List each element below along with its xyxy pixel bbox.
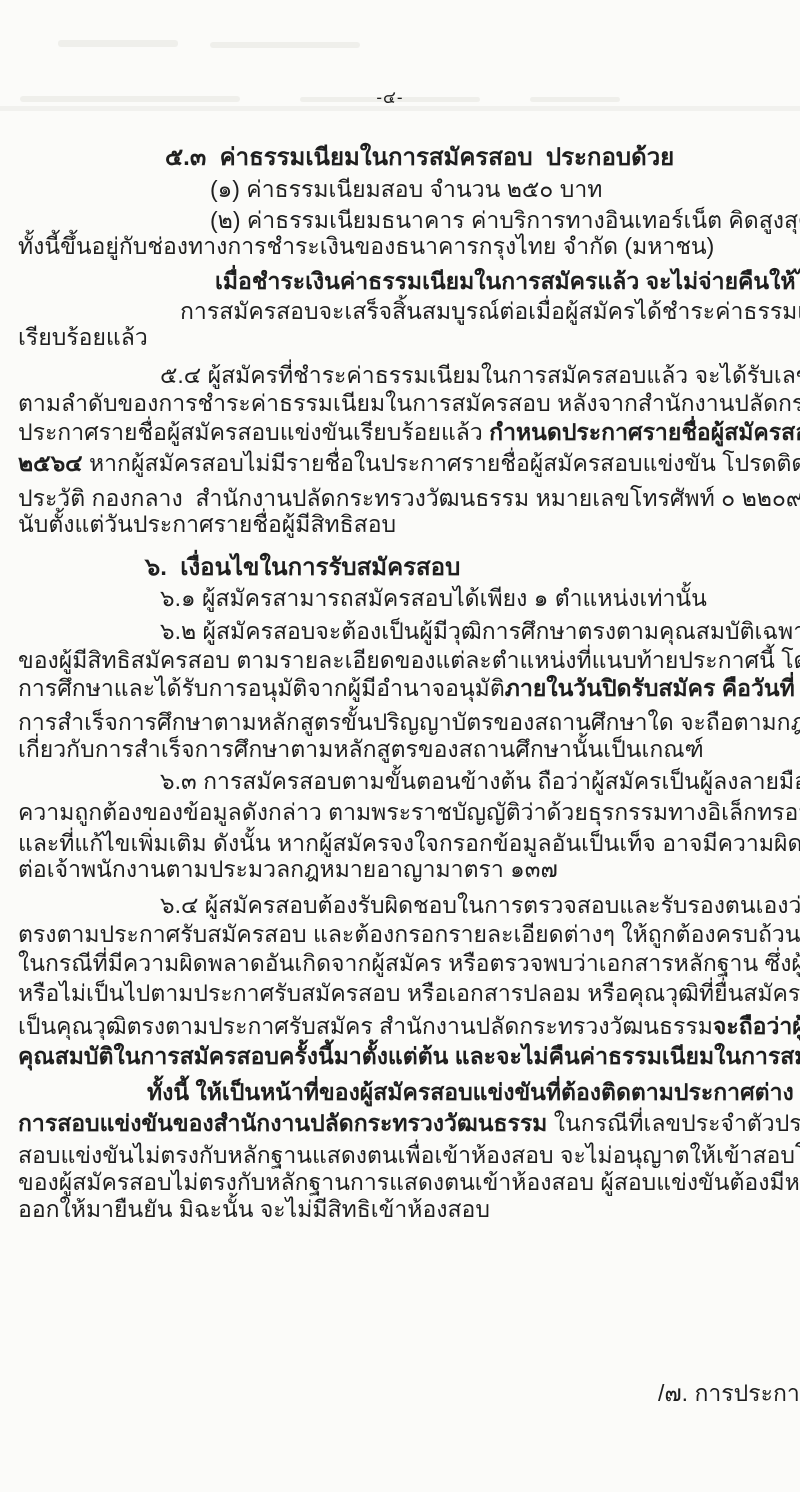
text-run: ต่อเจ้าพนักงานตามประมวลกฎหมายอาญามาตรา ๑… [18, 856, 558, 882]
text-line: คุณสมบัติในการสมัครสอบครั้งนี้มาตั้งแต่ต… [18, 1041, 800, 1071]
text-line: ตรงตามประกาศรับสมัครสอบ และต้องกรอกรายละ… [18, 919, 800, 949]
text-line: ๕.๔ ผู้สมัครที่ชำระค่าธรรมเนียมในการสมัค… [160, 360, 800, 390]
text-line: ทั้งนี้ ให้เป็นหน้าที่ของผู้สมัครสอบแข่ง… [147, 1077, 800, 1107]
text-run: (๑) ค่าธรรมเนียมสอบ จำนวน ๒๕๐ บาท [210, 176, 602, 202]
text-line: (๑) ค่าธรรมเนียมสอบ จำนวน ๒๕๐ บาท [210, 174, 602, 204]
text-run: ๒๕๖๔ [18, 450, 89, 476]
text-run: ประกาศรายชื่อผู้สมัครสอบแข่งขันเรียบร้อย… [18, 419, 489, 445]
text-line: ประกาศรายชื่อผู้สมัครสอบแข่งขันเรียบร้อย… [18, 417, 800, 447]
text-line: เกี่ยวกับการสำเร็จการศึกษาตามหลักสูตรของ… [18, 734, 704, 764]
text-line: ๖.๓ การสมัครสอบตามขั้นตอนข้างต้น ถือว่าผ… [160, 766, 800, 796]
text-run: ๖.๔ ผู้สมัครสอบต้องรับผิดชอบในการตรวจสอบ… [160, 892, 800, 918]
text-line: สอบแข่งขันไม่ตรงกับหลักฐานแสดงตนเพื่อเข้… [18, 1140, 800, 1170]
text-line: ต่อเจ้าพนักงานตามประมวลกฎหมายอาญามาตรา ๑… [18, 854, 558, 884]
text-run: ๖.๒ ผู้สมัครสอบจะต้องเป็นผู้มีวุฒิการศึก… [160, 618, 800, 644]
document-body: ๕.๓ ค่าธรรมเนียมในการสมัครสอบ ประกอบด้วย… [0, 0, 800, 1492]
text-line: นับตั้งแต่วันประกาศรายชื่อผู้มีสิทธิสอบ [18, 509, 396, 539]
text-run: และที่แก้ไขเพิ่มเติม ดังนั้น หากผู้สมัคร… [18, 830, 800, 856]
text-line: ๒๕๖๔ หากผู้สมัครสอบไม่มีรายชื่อในประกาศร… [18, 448, 800, 478]
text-line: ตามลำดับของการชำระค่าธรรมเนียมในการสมัคร… [18, 388, 800, 418]
text-line: ๖.๔ ผู้สมัครสอบต้องรับผิดชอบในการตรวจสอบ… [160, 890, 800, 920]
text-line: ในกรณีที่มีความผิดพลาดอันเกิดจากผู้สมัคร… [18, 948, 800, 978]
text-run: ๖. เงื่อนไขในการรับสมัครสอบ [145, 554, 460, 581]
text-line: ความถูกต้องของข้อมูลดังกล่าว ตามพระราชบั… [18, 797, 800, 827]
text-line: ๖. เงื่อนไขในการรับสมัครสอบ [145, 552, 460, 583]
text-line: ๖.๒ ผู้สมัครสอบจะต้องเป็นผู้มีวุฒิการศึก… [160, 616, 800, 646]
text-line: หรือไม่เป็นไปตามประกาศรับสมัครสอบ หรือเอ… [18, 978, 800, 1008]
text-run: ๕.๓ ค่าธรรมเนียมในการสมัครสอบ ประกอบด้วย [165, 144, 674, 171]
text-run: ตรงตามประกาศรับสมัครสอบ และต้องกรอกรายละ… [18, 921, 800, 947]
scanned-document-page: -๔- ๕.๓ ค่าธรรมเนียมในการสมัครสอบ ประกอบ… [0, 0, 800, 1492]
continuation-note: /๗. การประกาศ... [658, 1376, 800, 1412]
text-line: การสมัครสอบจะเสร็จสิ้นสมบูรณ์ต่อเมื่อผู้… [180, 296, 800, 326]
text-line: ของผู้มีสิทธิสมัครสอบ ตามรายละเอียดของแต… [18, 645, 800, 675]
text-run: ทั้งนี้ ให้เป็นหน้าที่ของผู้สมัครสอบแข่ง… [147, 1079, 800, 1105]
text-line: การสำเร็จการศึกษาตามหลักสูตรขั้นปริญญาบั… [18, 707, 800, 737]
text-run: จะถือว่าผู้สมัครสอบเป็นผู้ขาด [713, 1013, 800, 1039]
text-run: การศึกษาและได้รับการอนุมัติจากผู้มีอำนาจ… [18, 675, 505, 701]
text-run: ๖.๓ การสมัครสอบตามขั้นตอนข้างต้น ถือว่าผ… [160, 768, 800, 794]
text-run: ความถูกต้องของข้อมูลดังกล่าว ตามพระราชบั… [18, 799, 800, 825]
text-run: เกี่ยวกับการสำเร็จการศึกษาตามหลักสูตรของ… [18, 736, 704, 762]
text-line: การศึกษาและได้รับการอนุมัติจากผู้มีอำนาจ… [18, 673, 800, 703]
text-line: ของผู้สมัครสอบไม่ตรงกับหลักฐานการแสดงตนเ… [18, 1167, 800, 1197]
text-run: ของผู้มีสิทธิสมัครสอบ ตามรายละเอียดของแต… [18, 647, 800, 673]
text-run: คุณสมบัติในการสมัครสอบครั้งนี้มาตั้งแต่ต… [18, 1043, 800, 1069]
text-run: การสมัครสอบจะเสร็จสิ้นสมบูรณ์ต่อเมื่อผู้… [180, 298, 800, 324]
text-run: หรือไม่เป็นไปตามประกาศรับสมัครสอบ หรือเอ… [18, 980, 800, 1006]
text-run: (๒) ค่าธรรมเนียมธนาคาร ค่าบริการทางอินเท… [210, 207, 800, 233]
text-run: ของผู้สมัครสอบไม่ตรงกับหลักฐานการแสดงตนเ… [18, 1169, 800, 1195]
text-run: เรียบร้อยแล้ว [18, 324, 148, 350]
text-line: เป็นคุณวุฒิตรงตามประกาศรับสมัคร สำนักงาน… [18, 1011, 800, 1041]
text-line: เรียบร้อยแล้ว [18, 322, 148, 352]
text-run: การสอบแข่งขันของสำนักงานปลัดกระทรวงวัฒนธ… [18, 1110, 547, 1136]
text-run: ในกรณีที่เลขประจำตัวประชาชนที่ใช้ในการสม… [547, 1110, 800, 1136]
text-line: เมื่อชำระเงินค่าธรรมเนียมในการสมัครแล้ว … [215, 266, 800, 296]
text-run: ออกให้มายืนยัน มิฉะนั้น จะไม่มีสิทธิเข้า… [18, 1196, 490, 1222]
text-run: ภายในวันปิดรับสมัคร คือวันที่ ๔ มีนาคม ๒… [505, 675, 800, 701]
text-run: เมื่อชำระเงินค่าธรรมเนียมในการสมัครแล้ว … [215, 268, 800, 294]
text-line: ออกให้มายืนยัน มิฉะนั้น จะไม่มีสิทธิเข้า… [18, 1194, 490, 1224]
text-line: ๖.๑ ผู้สมัครสามารถสมัครสอบได้เพียง ๑ ตำแ… [160, 583, 707, 613]
text-line: การสอบแข่งขันของสำนักงานปลัดกระทรวงวัฒนธ… [18, 1108, 800, 1138]
text-line: ๕.๓ ค่าธรรมเนียมในการสมัครสอบ ประกอบด้วย [165, 142, 674, 173]
text-run: เป็นคุณวุฒิตรงตามประกาศรับสมัคร สำนักงาน… [18, 1013, 713, 1039]
text-run: กำหนดประกาศรายชื่อผู้สมัครสอบแข่งขัน วัน… [489, 419, 800, 445]
text-run: หากผู้สมัครสอบไม่มีรายชื่อในประกาศรายชื่… [89, 450, 800, 476]
text-run: ในกรณีที่มีความผิดพลาดอันเกิดจากผู้สมัคร… [18, 950, 800, 976]
text-line: ทั้งนี้ขึ้นอยู่กับช่องทางการชำระเงินของธ… [18, 231, 714, 261]
text-run: นับตั้งแต่วันประกาศรายชื่อผู้มีสิทธิสอบ [18, 511, 396, 537]
text-run: สอบแข่งขันไม่ตรงกับหลักฐานแสดงตนเพื่อเข้… [18, 1142, 800, 1168]
text-run: การสำเร็จการศึกษาตามหลักสูตรขั้นปริญญาบั… [18, 709, 800, 735]
text-run: ตามลำดับของการชำระค่าธรรมเนียมในการสมัคร… [18, 390, 800, 416]
text-run: ประวัติ กองกลาง สำนักงานปลัดกระทรวงวัฒนธ… [18, 485, 800, 511]
text-run: ๖.๑ ผู้สมัครสามารถสมัครสอบได้เพียง ๑ ตำแ… [160, 585, 707, 611]
text-run: ทั้งนี้ขึ้นอยู่กับช่องทางการชำระเงินของธ… [18, 233, 714, 259]
text-run: ๕.๔ ผู้สมัครที่ชำระค่าธรรมเนียมในการสมัค… [160, 362, 800, 388]
